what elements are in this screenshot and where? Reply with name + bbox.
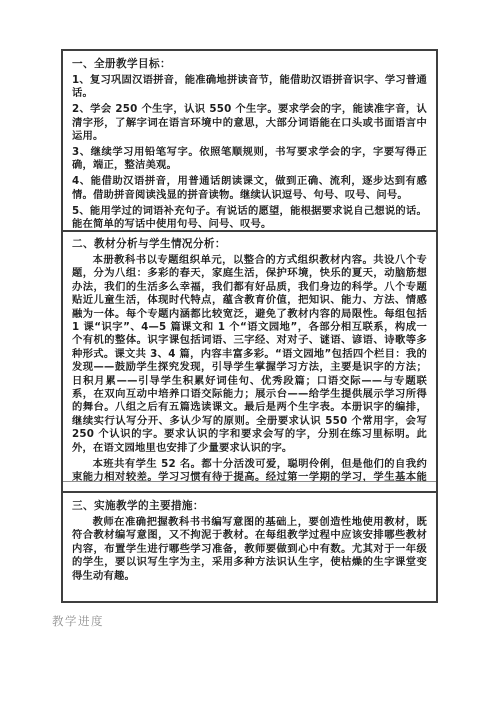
section-heading-measures: 三、实施教学的主要措施： (72, 499, 427, 513)
section-teaching-measures: 三、实施教学的主要措施： 教师在准确把握教科书书编写意图的基础上，要创造性地使用… (63, 493, 436, 601)
measures-paragraph-1: 教师在准确把握教科书书编写意图的基础上，要创造性地使用教材，既符合教材编写意图，… (72, 516, 427, 583)
goal-item-4: 4、能借助汉语拼音，用普通话朗读课文，做到正确、流利，逐步达到有感情。借助拼音阅… (72, 175, 427, 202)
section-divider-gap (63, 482, 436, 493)
lesson-plan-table: 一、全册教学目标： 1、复习巩固汉语拼音，能准确地拼读音节，能借助汉语拼音识字、… (61, 49, 438, 603)
analysis-paragraph-2: 本班共有学生 52 名。都十分活泼可爱，聪明伶俐，但是他们的自我约束能力相对较差… (72, 458, 427, 482)
footer-title-teaching-schedule: 教学进度 (52, 614, 104, 628)
goal-item-3: 3、继续学习用铅笔写字。依照笔顺规则，书写要求学会的字，字要写得正确，端正，整洁… (72, 146, 427, 173)
section-heading-analysis: 二、教材分析与学生情况分析： (72, 237, 427, 251)
goal-item-2: 2、学会 250 个生字，认识 550 个生字。要求学会的字，能读准字音，认清字… (72, 103, 427, 143)
goal-item-1: 1、复习巩固汉语拼音，能准确地拼读音节，能借助汉语拼音识字、学习普通话。 (72, 74, 427, 101)
section-teaching-goals: 一、全册教学目标： 1、复习巩固汉语拼音，能准确地拼读音节，能借助汉语拼音识字、… (63, 51, 436, 232)
document-page: 一、全册教学目标： 1、复习巩固汉语拼音，能准确地拼读音节，能借助汉语拼音识字、… (0, 0, 500, 707)
section-material-analysis: 二、教材分析与学生情况分析： 本册教科书以专题组织单元，以整合的方式组织教材内容… (63, 232, 436, 482)
goal-item-5: 5、能用学过的词语补充句子。有说话的愿望，能根据要求说自己想说的话。能在简单的写… (72, 205, 427, 232)
analysis-paragraph-1: 本册教科书以专题组织单元，以整合的方式组织教材内容。共设八个专题，分为八组：多彩… (72, 254, 427, 455)
section-heading-goals: 一、全册教学目标： (72, 57, 427, 71)
